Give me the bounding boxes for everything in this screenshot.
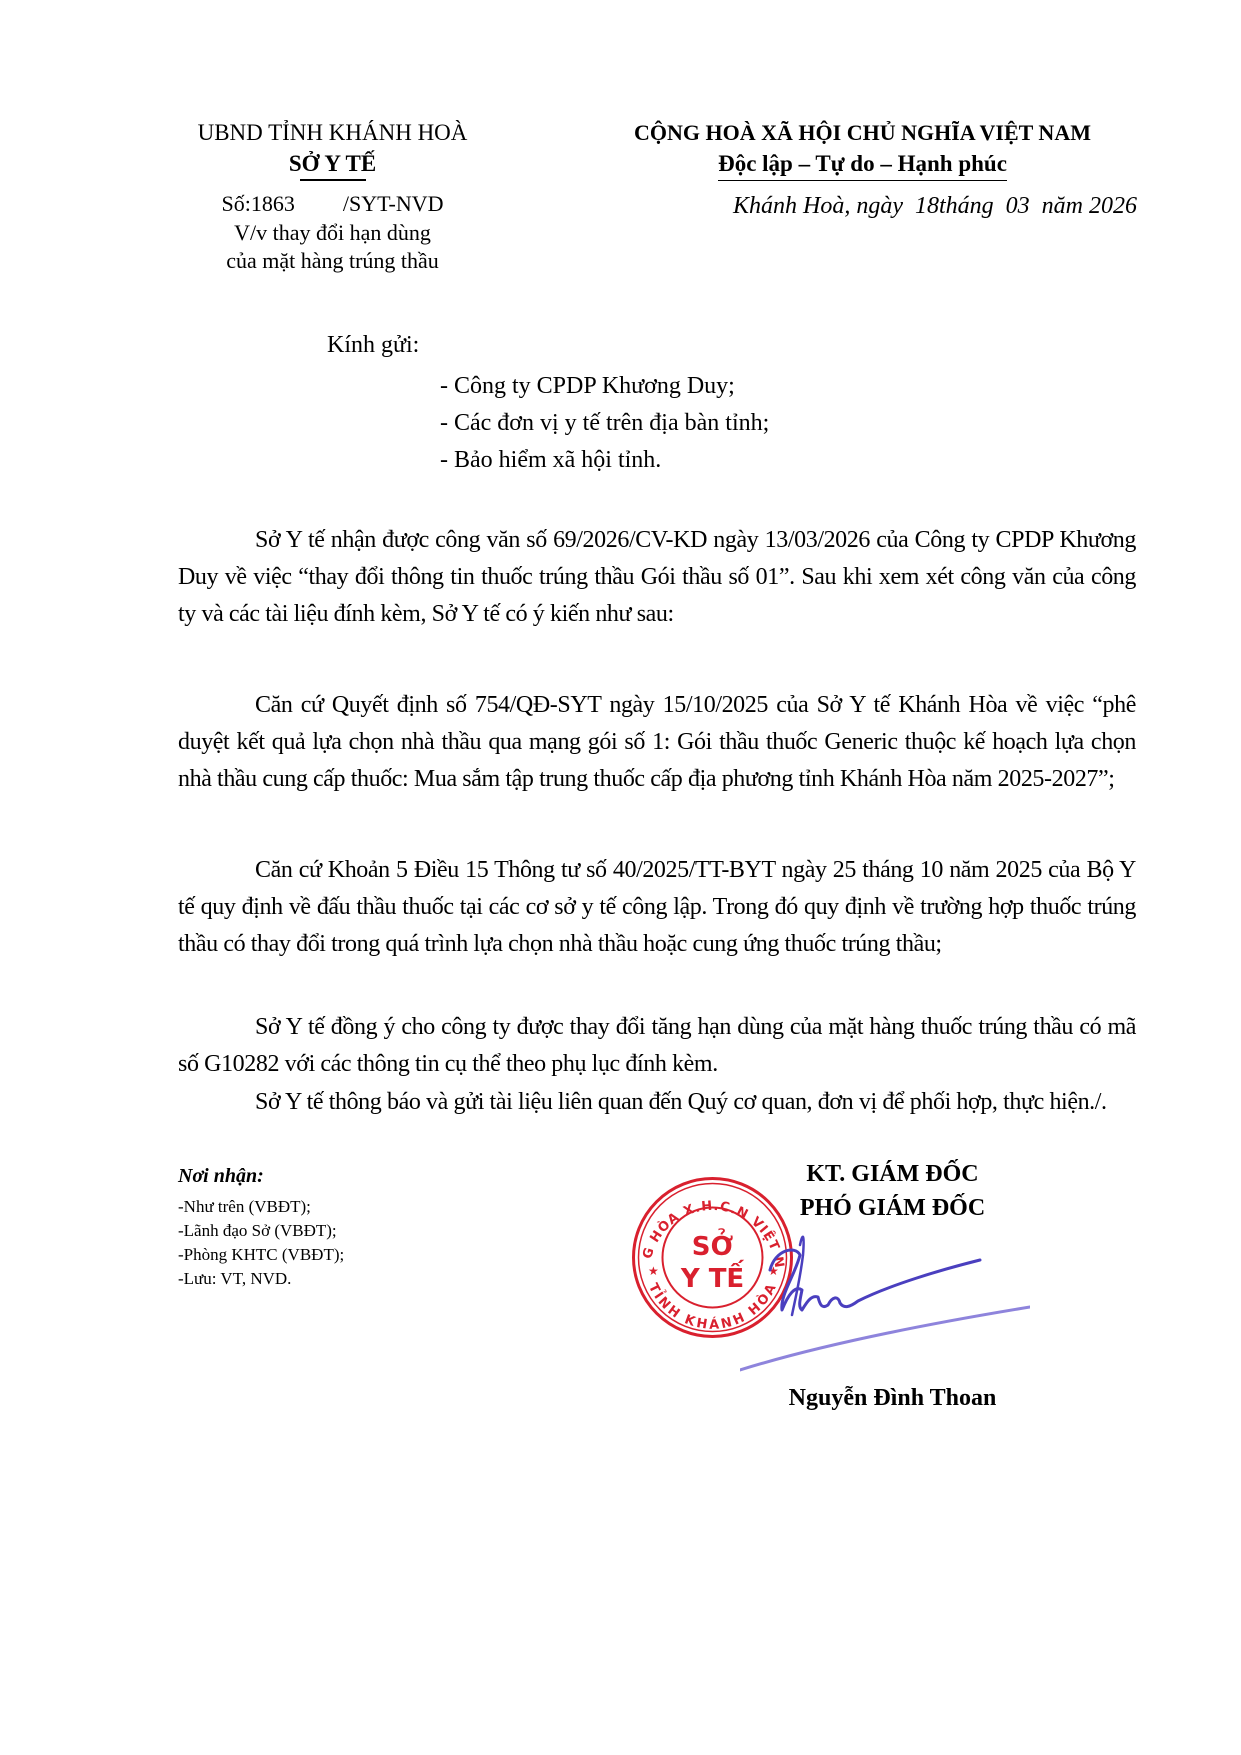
body-paragraph-1: Sở Y tế nhận được công văn số 69/2026/CV… xyxy=(178,522,1136,633)
number-value: 1863 xyxy=(251,191,295,216)
issuer-agency: UBND TỈNH KHÁNH HOÀ xyxy=(160,117,505,148)
subject-line-2: của mặt hàng trúng thầu xyxy=(160,247,505,275)
recipient-item: -Như trên (VBĐT); xyxy=(178,1195,344,1219)
number-code: /SYT-NVD xyxy=(343,191,444,216)
addressee-label: Kính gửi: xyxy=(327,332,419,359)
signature-titles: KT. GIÁM ĐỐC PHÓ GIÁM ĐỐC xyxy=(700,1157,1085,1225)
national-header: CỘNG HOÀ XÃ HỘI CHỦ NGHĨA VIỆT NAM Độc l… xyxy=(585,117,1140,181)
signature-title-2: PHÓ GIÁM ĐỐC xyxy=(700,1191,1085,1225)
svg-text:★: ★ xyxy=(648,1264,659,1278)
date-line: Khánh Hoà, ngày 18tháng 03 năm 2026 xyxy=(640,193,1137,220)
issuer-block: UBND TỈNH KHÁNH HOÀ SỞ Y TẾ Số:1863/SYT-… xyxy=(160,117,505,275)
body-paragraph-3: Căn cứ Khoản 5 Điều 15 Thông tư số 40/20… xyxy=(178,852,1136,963)
handwritten-signature-icon xyxy=(740,1225,1030,1375)
recipient-item: -Lưu: VT, NVD. xyxy=(178,1267,344,1291)
addressee-item: - Các đơn vị y tế trên địa bàn tỉnh; xyxy=(440,405,769,442)
body-paragraph-2: Căn cứ Quyết định số 754/QĐ-SYT ngày 15/… xyxy=(178,687,1136,798)
addressee-item: - Bảo hiểm xã hội tỉnh. xyxy=(440,442,769,479)
number-label: Số: xyxy=(221,191,250,216)
nation-title: CỘNG HOÀ XÃ HỘI CHỦ NGHĨA VIỆT NAM xyxy=(585,117,1140,148)
recipients-title: Nơi nhận: xyxy=(178,1164,344,1189)
body-paragraph-4: Sở Y tế đồng ý cho công ty được thay đổi… xyxy=(178,1009,1136,1083)
recipient-item: -Lãnh đạo Sở (VBĐT); xyxy=(178,1219,344,1243)
addressee-list: - Công ty CPDP Khương Duy; - Các đơn vị … xyxy=(440,368,769,479)
department-underline xyxy=(300,179,366,181)
svg-text:Y TẾ: Y TẾ xyxy=(680,1259,745,1294)
paragraph-text: Sở Y tế thông báo và gửi tài liệu liên q… xyxy=(178,1084,1136,1121)
recipient-item: -Phòng KHTC (VBĐT); xyxy=(178,1243,344,1267)
national-motto: Độc lập – Tự do – Hạnh phúc xyxy=(718,148,1007,181)
signature-title-1: KT. GIÁM ĐỐC xyxy=(700,1157,1085,1191)
paragraph-text: Căn cứ Quyết định số 754/QĐ-SYT ngày 15/… xyxy=(178,687,1136,798)
signer-name: Nguyễn Đình Thoan xyxy=(700,1385,1085,1412)
document-number: Số:1863/SYT-NVD xyxy=(160,189,505,219)
issuer-department: SỞ Y TẾ xyxy=(160,148,505,179)
addressee-item: - Công ty CPDP Khương Duy; xyxy=(440,368,769,405)
paragraph-text: Căn cứ Khoản 5 Điều 15 Thông tư số 40/20… xyxy=(178,852,1136,963)
paragraph-text: Sở Y tế nhận được công văn số 69/2026/CV… xyxy=(178,522,1136,633)
svg-text:SỞ: SỞ xyxy=(692,1226,734,1262)
subject-line-1: V/v thay đổi hạn dùng xyxy=(160,219,505,247)
recipients-block: Nơi nhận: -Như trên (VBĐT); -Lãnh đạo Sở… xyxy=(178,1164,344,1291)
body-paragraph-5: Sở Y tế thông báo và gửi tài liệu liên q… xyxy=(178,1084,1136,1121)
paragraph-text: Sở Y tế đồng ý cho công ty được thay đổi… xyxy=(178,1009,1136,1083)
